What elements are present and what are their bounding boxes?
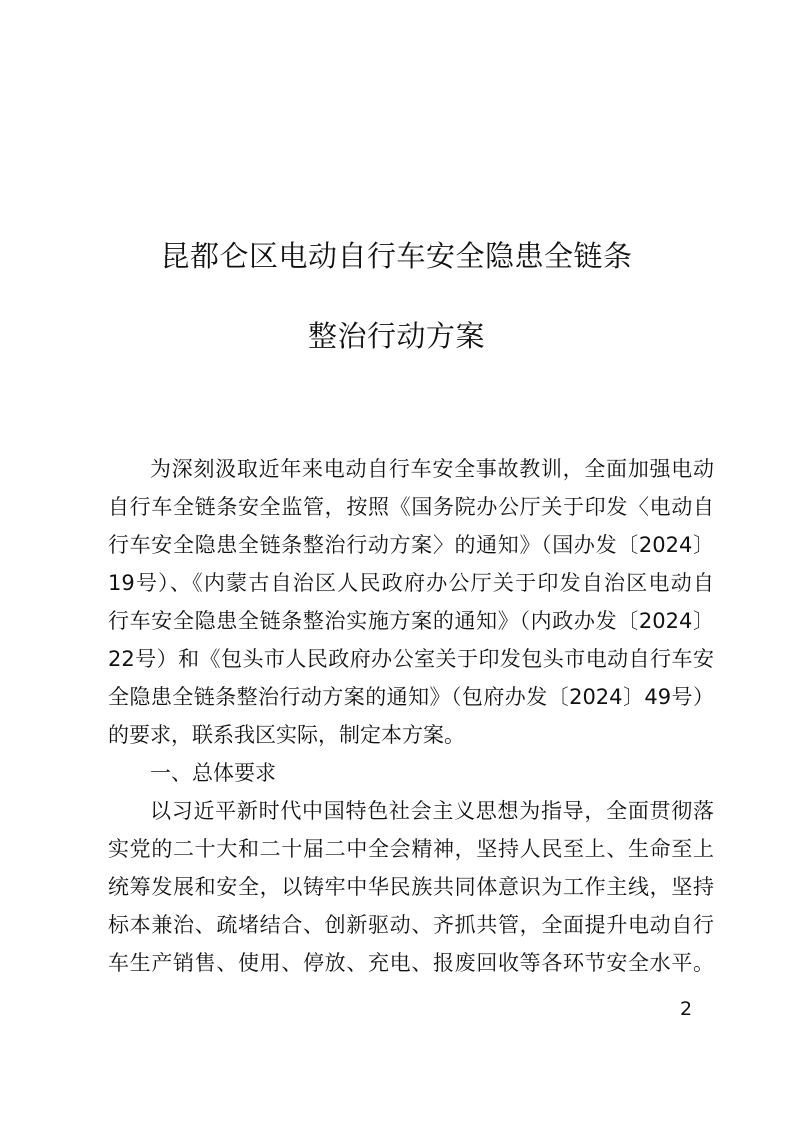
paragraph-line: 以习近平新时代中国特色社会主义思想为指导，全面贯彻落: [108, 792, 714, 830]
paragraph-line: 行车安全隐患全链条整治行动方案〉的通知》（国办发〔2024〕: [108, 526, 714, 564]
page-number: 2: [680, 997, 692, 1021]
paragraph-line: 22号）和《包头市人民政府办公室关于印发包头市电动自行车安: [108, 640, 714, 678]
document-body: 为深刻汲取近年来电动自行车安全事故教训，全面加强电动 自行车全链条安全监管，按照…: [108, 450, 714, 982]
general-requirements-paragraph: 以习近平新时代中国特色社会主义思想为指导，全面贯彻落 实党的二十大和二十届二中全…: [108, 792, 714, 982]
document-title-line-1: 昆都仑区电动自行车安全隐患全链条: [0, 238, 793, 274]
paragraph-line: 车生产销售、使用、停放、充电、报废回收等各环节安全水平。: [108, 944, 714, 982]
paragraph-line: 19号）、《内蒙古自治区人民政府办公厅关于印发自治区电动自: [108, 564, 714, 602]
intro-paragraph: 为深刻汲取近年来电动自行车安全事故教训，全面加强电动 自行车全链条安全监管，按照…: [108, 450, 714, 754]
paragraph-line: 的要求，联系我区实际，制定本方案。: [108, 716, 714, 754]
paragraph-line: 标本兼治、疏堵结合、创新驱动、齐抓共管，全面提升电动自行: [108, 906, 714, 944]
paragraph-line: 自行车全链条安全监管，按照《国务院办公厅关于印发〈电动自: [108, 488, 714, 526]
paragraph-line: 行车安全隐患全链条整治实施方案的通知》（内政办发〔2024〕: [108, 602, 714, 640]
section-heading-general-requirements: 一、总体要求: [108, 754, 714, 792]
paragraph-line: 全隐患全链条整治行动方案的通知》（包府办发〔2024〕49号）: [108, 678, 714, 716]
paragraph-line: 实党的二十大和二十届二中全会精神，坚持人民至上、生命至上: [108, 830, 714, 868]
paragraph-line: 统筹发展和安全，以铸牢中华民族共同体意识为工作主线，坚持: [108, 868, 714, 906]
document-title-line-2: 整治行动方案: [0, 318, 793, 354]
paragraph-line: 为深刻汲取近年来电动自行车安全事故教训，全面加强电动: [108, 450, 714, 488]
